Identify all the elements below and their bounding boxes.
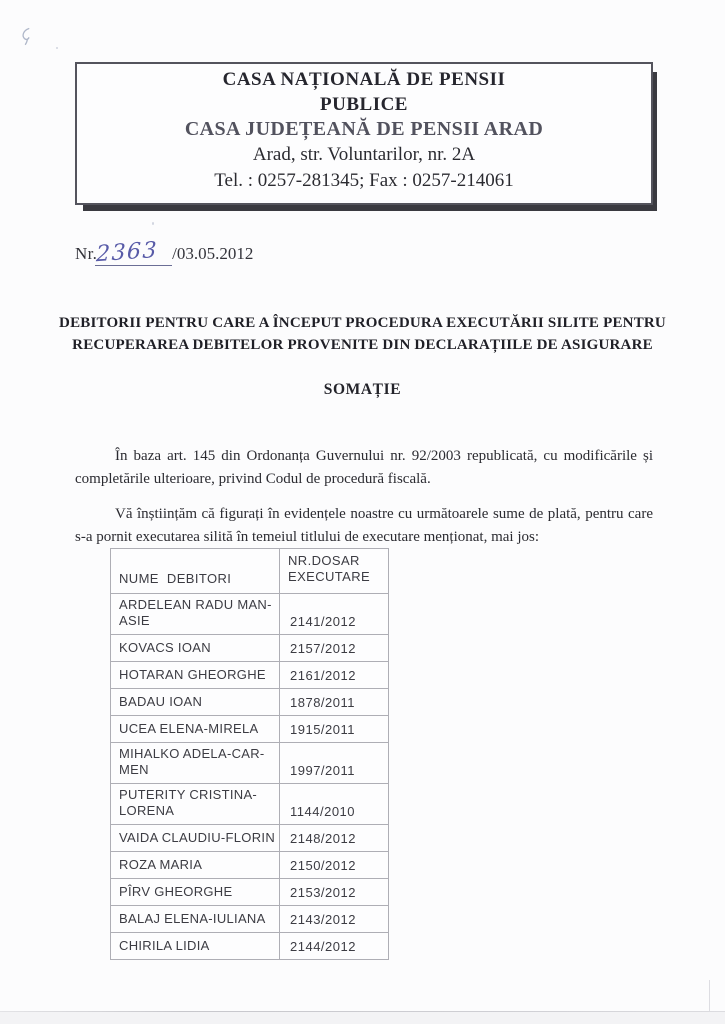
table-row: BADAU IOAN 1878/2011 [111,689,389,716]
table-row: ARDELEAN RADU MAN- ASIE 2141/2012 [111,594,389,635]
debtors-table: NUME DEBITORI NR.DOSAR EXECUTARE ARDELEA… [110,548,389,960]
org-address: Arad, str. Voluntarilor, nr. 2A [77,142,651,168]
scan-speck [56,47,58,49]
scanned-document-page: CASA NAȚIONALĂ DE PENSII PUBLICE CASA JU… [0,0,725,1024]
debtor-name-cell: VAIDA CLAUDIU-FLORIN [111,825,280,852]
scan-speck [152,222,154,225]
org-branch-name: CASA JUDEȚEANĂ DE PENSII ARAD [77,117,651,142]
debtor-name-cell: BALAJ ELENA-IULIANA [111,906,280,933]
dosar-number-cell: 2150/2012 [280,852,389,879]
dosar-number-cell: 2144/2012 [280,933,389,960]
registry-date: /03.05.2012 [172,244,253,263]
registry-number-prefix: Nr. [75,244,97,263]
dosar-number-cell: 1878/2011 [280,689,389,716]
registry-number-line: Nr.2363/03.05.2012 [75,243,253,277]
paragraph-legal-basis: În baza art. 145 din Ordonanța Guvernulu… [75,445,653,491]
table-row: BALAJ ELENA-IULIANA 2143/2012 [111,906,389,933]
debtor-name-cell: BADAU IOAN [111,689,280,716]
table-row: PÎRV GHEORGHE 2153/2012 [111,879,389,906]
table-row: UCEA ELENA-MIRELA 1915/2011 [111,716,389,743]
debtor-name-cell: UCEA ELENA-MIRELA [111,716,280,743]
pen-mark [19,26,36,46]
dosar-number-cell: 2148/2012 [280,825,389,852]
table-header-row: NUME DEBITORI NR.DOSAR EXECUTARE [111,549,389,594]
document-title: DEBITORII PENTRU CARE A ÎNCEPUT PROCEDUR… [40,313,685,356]
debtor-name-cell: MIHALKO ADELA-CAR- MEN [111,743,280,784]
document-title-line2: RECUPERAREA DEBITELOR PROVENITE DIN DECL… [40,335,685,357]
col-header-nume-debitori: NUME DEBITORI [111,549,280,594]
letterhead-box: CASA NAȚIONALĂ DE PENSII PUBLICE CASA JU… [75,62,653,205]
dosar-number-cell: 1915/2011 [280,716,389,743]
dosar-number-cell: 1144/2010 [280,784,389,825]
dosar-number-cell: 2143/2012 [280,906,389,933]
dosar-number-cell: 2153/2012 [280,879,389,906]
table-row: KOVACS IOAN 2157/2012 [111,635,389,662]
table-row: PUTERITY CRISTINA- LORENA 1144/2010 [111,784,389,825]
table-row: VAIDA CLAUDIU-FLORIN 2148/2012 [111,825,389,852]
dosar-number-cell: 2141/2012 [280,594,389,635]
scan-edge-tick [709,980,710,1011]
registry-number-handwritten: 2363 [96,241,159,265]
table-row: HOTARAN GHEORGHE 2161/2012 [111,662,389,689]
dosar-number-cell: 2157/2012 [280,635,389,662]
debtor-name-cell: CHIRILA LIDIA [111,933,280,960]
registry-number-underline: 2363 [95,243,172,266]
document-title-line1: DEBITORII PENTRU CARE A ÎNCEPUT PROCEDUR… [40,313,685,335]
document-subtitle: SOMAȚIE [0,381,725,399]
table-row: CHIRILA LIDIA 2144/2012 [111,933,389,960]
col-header-nr-dosar: NR.DOSAR EXECUTARE [280,549,389,594]
debtor-name-cell: PÎRV GHEORGHE [111,879,280,906]
debtor-name-cell: HOTARAN GHEORGHE [111,662,280,689]
org-name-line2: PUBLICE [77,92,651,117]
debtor-name-cell: ARDELEAN RADU MAN- ASIE [111,594,280,635]
scan-edge-area [0,1012,725,1024]
debtor-name-cell: KOVACS IOAN [111,635,280,662]
dosar-number-cell: 2161/2012 [280,662,389,689]
debtors-table-body: ARDELEAN RADU MAN- ASIE 2141/2012 KOVACS… [111,594,389,960]
dosar-number-cell: 1997/2011 [280,743,389,784]
org-contact: Tel. : 0257-281345; Fax : 0257-214061 [77,168,651,193]
debtor-name-cell: PUTERITY CRISTINA- LORENA [111,784,280,825]
paragraph-notice: Vă înștiințăm că figurați în evidențele … [75,503,653,549]
table-row: ROZA MARIA 2150/2012 [111,852,389,879]
debtor-name-cell: ROZA MARIA [111,852,280,879]
org-name-line1: CASA NAȚIONALĂ DE PENSII [77,67,651,92]
table-row: MIHALKO ADELA-CAR- MEN 1997/2011 [111,743,389,784]
